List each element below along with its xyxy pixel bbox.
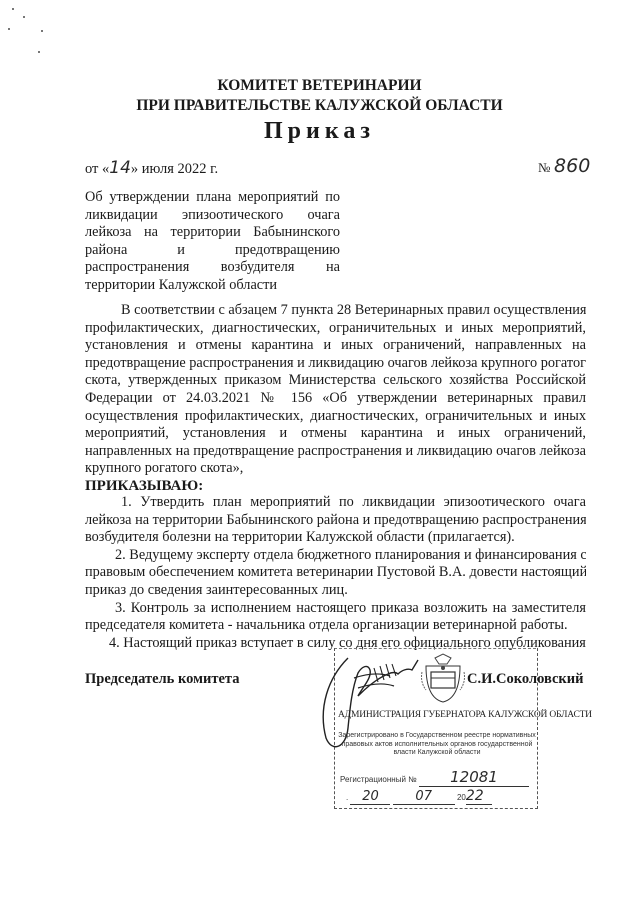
- preamble-line: установления и отмены карантина и иных о…: [85, 337, 586, 355]
- registration-month-handwritten: 07: [393, 789, 455, 805]
- number-prefix: №: [538, 160, 550, 175]
- order-number: № 860: [538, 155, 590, 177]
- preamble-line: профилактических, диагностических, огран…: [85, 320, 586, 338]
- date-day-handwritten: 14: [109, 158, 131, 178]
- preamble-line: скота, утвержденных приказом Министерств…: [85, 372, 586, 390]
- date-suffix: » июля 2022 г.: [131, 161, 218, 177]
- order-item-2-line: правовым обеспечением комитета ветеринар…: [85, 564, 586, 582]
- subject-line: Об утверждении плана мероприятий по: [85, 189, 340, 207]
- order-item-3-line: 3. Контроль за исполнением настоящего пр…: [85, 600, 586, 618]
- order-item-1-line: лейкоза на территории Бабынинского район…: [85, 512, 586, 530]
- number-handwritten: 860: [554, 155, 590, 177]
- registration-day-handwritten: 20: [350, 789, 390, 805]
- subject-line: ликвидации эпизоотического очага: [85, 207, 340, 225]
- stamp-title: АДМИНИСТРАЦИЯ ГУБЕРНАТОРА КАЛУЖСКОЙ ОБЛА…: [338, 710, 536, 720]
- orders-list: 1. Утвердить план мероприятий по ликвида…: [85, 494, 586, 652]
- registration-year-prefix: 20: [457, 793, 466, 802]
- order-date: от «14» июля 2022 г.: [85, 158, 218, 178]
- order-item-1-line: возбудителя болезни на территории Калужс…: [85, 529, 586, 547]
- order-item-3-line: председателя комитета - начальника отдел…: [85, 617, 586, 635]
- preamble-line: крупного рогатого скота»,: [85, 460, 586, 478]
- order-subject: Об утверждении плана мероприятий по ликв…: [85, 189, 340, 295]
- registration-number-handwritten: 12081: [419, 768, 529, 787]
- org-name-line1: КОМИТЕТ ВЕТЕРИНАРИИ: [0, 76, 639, 96]
- stamp-registration-number-row: Регистрационный № 12081: [340, 768, 529, 787]
- order-item-1-line: 1. Утвердить план мероприятий по ликвида…: [85, 494, 586, 512]
- date-prefix: от «: [85, 161, 109, 177]
- org-name-line2: ПРИ ПРАВИТЕЛЬСТВЕ КАЛУЖСКОЙ ОБЛАСТИ: [0, 96, 639, 116]
- stamp-registration-note: Зарегистрировано в Государственном реест…: [338, 732, 536, 758]
- preamble-line: направленных на предотвращение распростр…: [85, 443, 586, 461]
- order-item-2-line: 2. Ведущему эксперту отдела бюджетного п…: [85, 547, 586, 565]
- subject-line: лейкоза на территории Бабынинского: [85, 224, 340, 242]
- stamp-registration-date-row: . 20 07 2022: [346, 788, 492, 805]
- order-item-2-line: приказ до сведения заинтересованных лиц.: [85, 582, 586, 600]
- signatory-position: Председатель комитета: [85, 671, 239, 688]
- preamble-line: предотвращение распространения и ликвида…: [85, 355, 586, 373]
- document-type-title: Приказ: [0, 118, 639, 145]
- subject-line: района и предотвращению: [85, 242, 340, 260]
- preamble-paragraph: В соответствии с абзацем 7 пункта 28 Вет…: [85, 302, 586, 478]
- orders-heading: ПРИКАЗЫВАЮ:: [85, 478, 203, 495]
- subject-line: распространения возбудителя на: [85, 259, 340, 277]
- preamble-line: Федерации от 24.03.2021 № 156 «Об утверж…: [85, 390, 586, 408]
- registration-year-handwritten: 22: [466, 788, 492, 805]
- preamble-line: мероприятий, установления и отмены каран…: [85, 425, 586, 443]
- registration-number-label: Регистрационный №: [340, 775, 417, 784]
- preamble-line: осуществления профилактических, диагност…: [85, 408, 586, 426]
- subject-line: территории Калужской области: [85, 277, 340, 295]
- preamble-line: В соответствии с абзацем 7 пункта 28 Вет…: [85, 302, 586, 320]
- signatory-name: С.И.Соколовский: [467, 671, 583, 688]
